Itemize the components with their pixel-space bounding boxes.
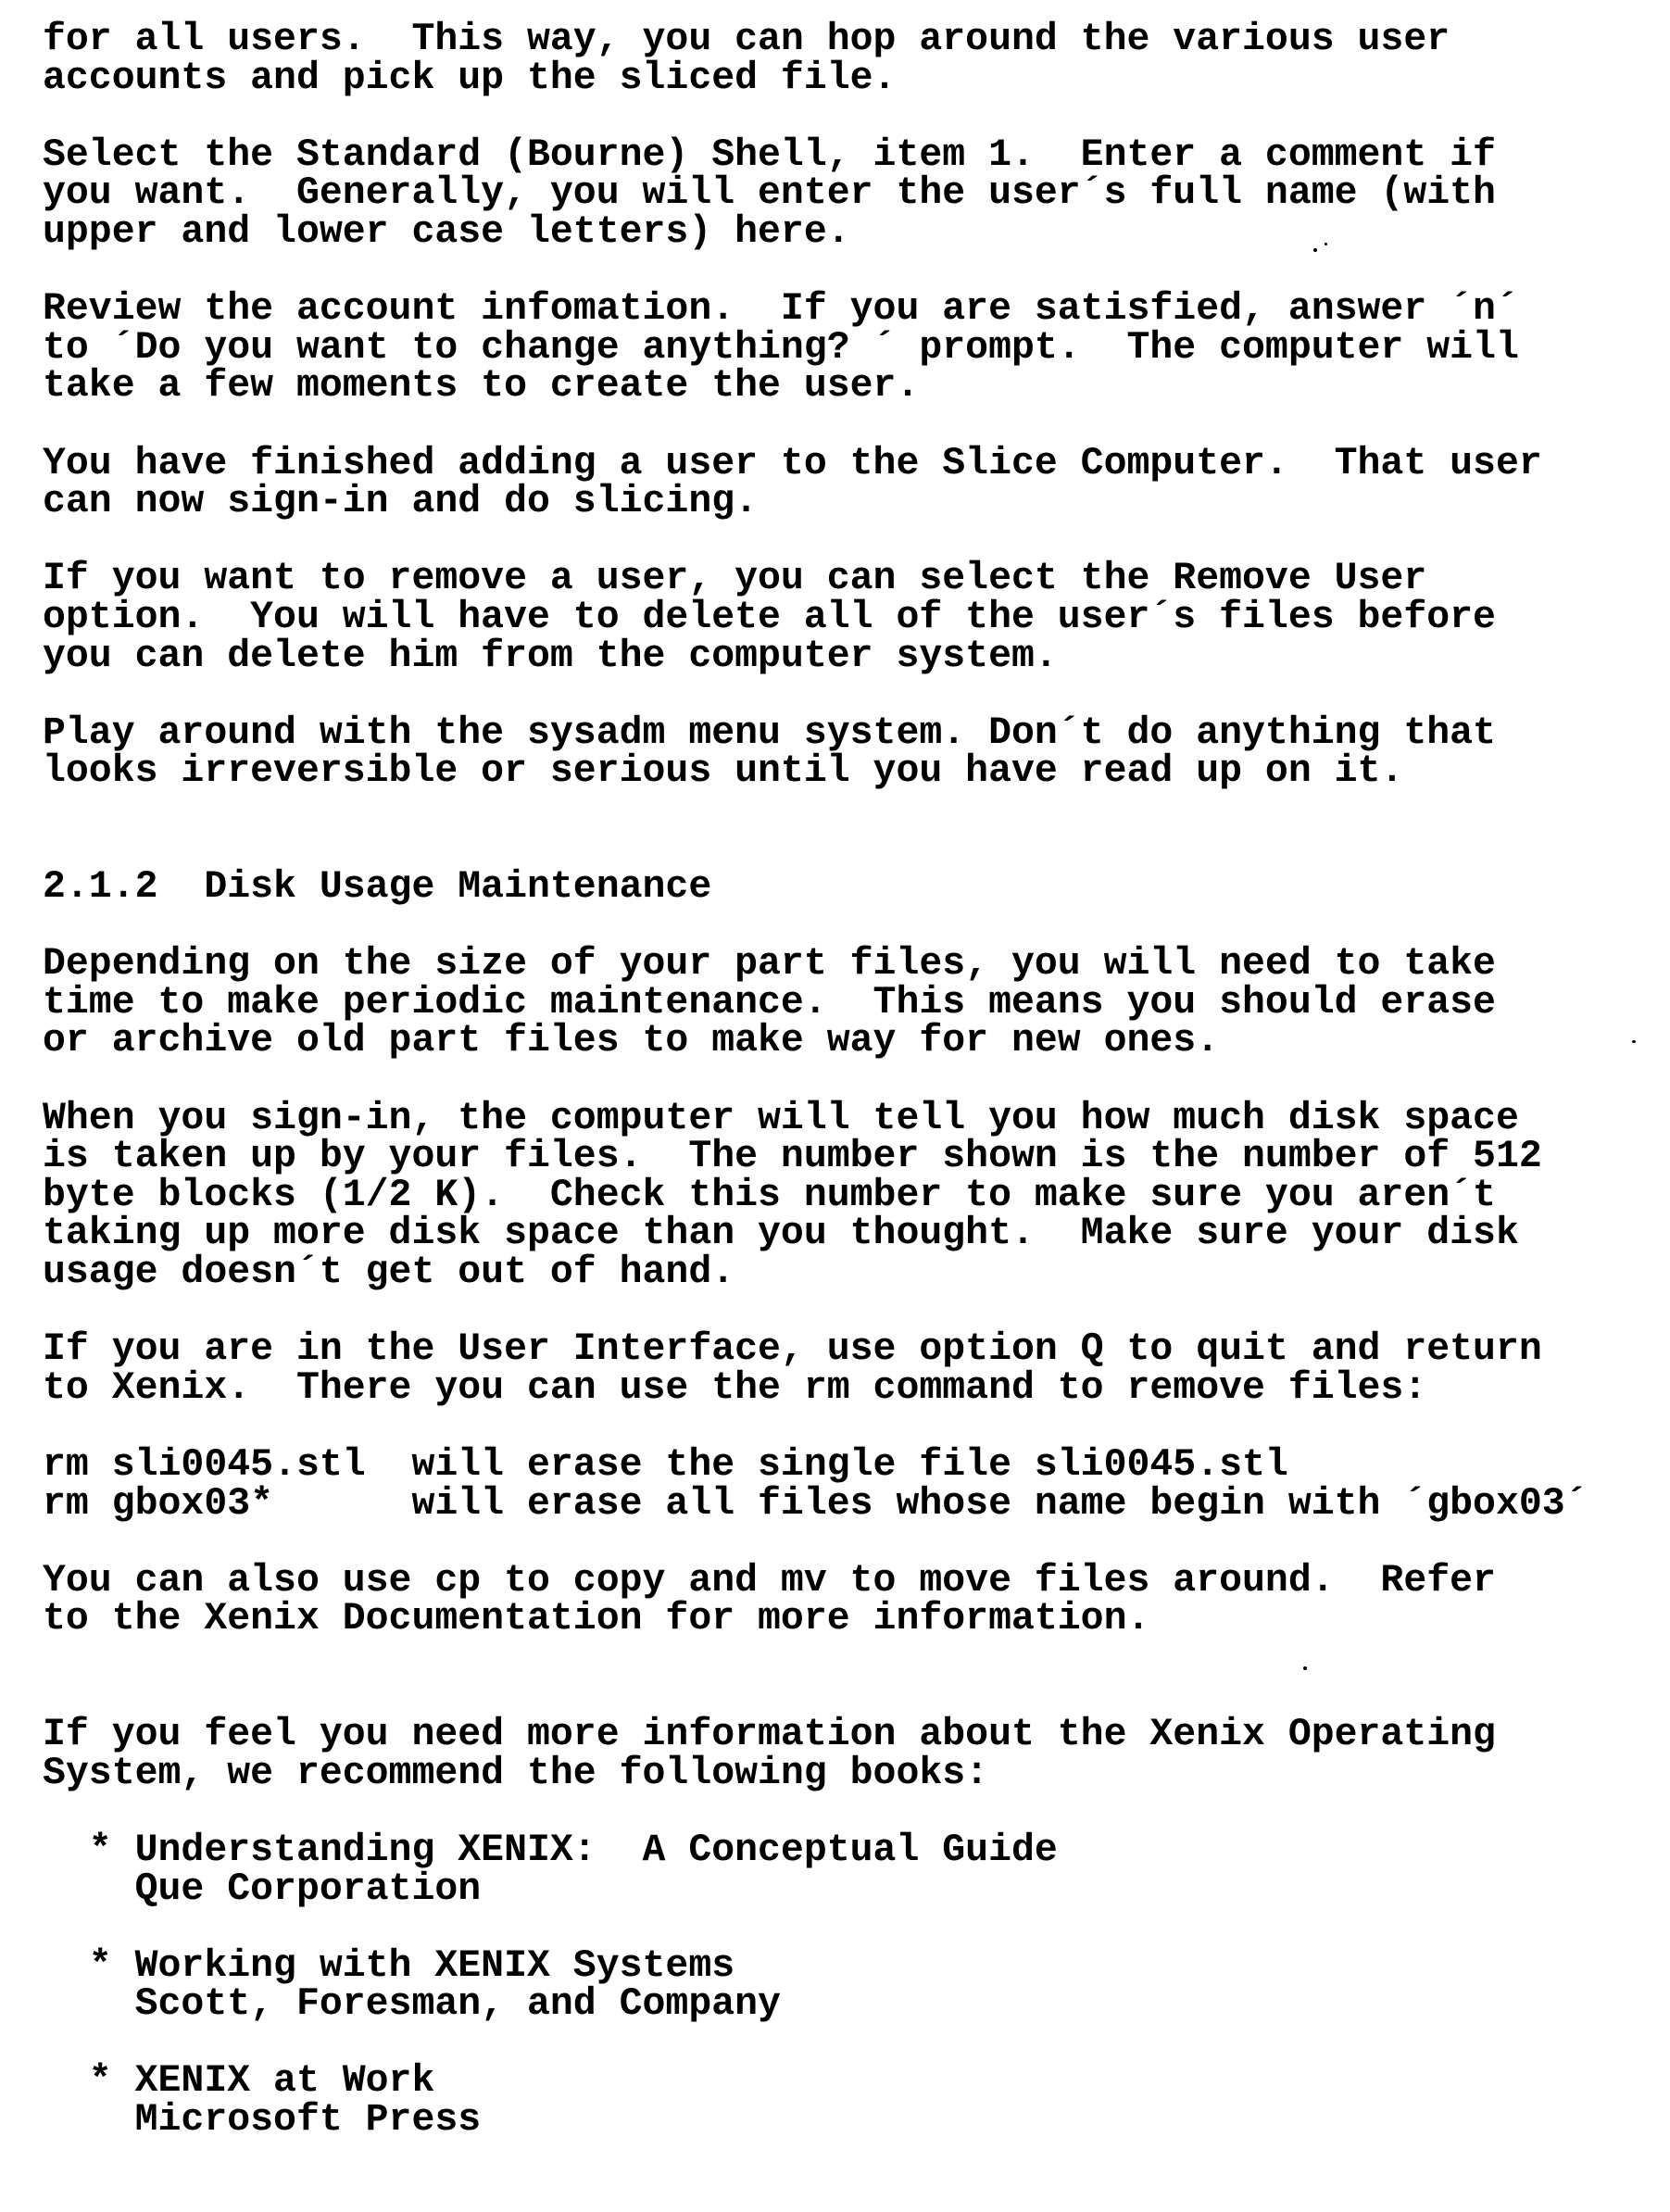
scan-artifact [1313,248,1317,252]
text-line: to the Xenix Documentation for more info… [43,1600,1588,1639]
paragraph: for all users. This way, you can hop aro… [43,20,1588,97]
text-line: System, we recommend the following books… [43,1754,1588,1793]
text-line: * Working with XENIX Systems [43,1947,1588,1986]
document-page: for all users. This way, you can hop aro… [43,20,1588,2140]
text-line: Depending on the size of your part files… [43,945,1588,984]
text-line: If you feel you need more information ab… [43,1716,1588,1754]
section-heading: 2.1.2 Disk Usage Maintenance [43,868,1588,907]
text-line: Microsoft Press [43,2101,1588,2140]
text-line: you want. Generally, you will enter the … [43,174,1588,213]
text-line: Que Corporation [43,1870,1588,1909]
scan-artifact [1303,1666,1307,1670]
blank-line [43,1678,1588,1716]
text-line: or archive old part files to make way fo… [43,1022,1588,1061]
blank-line [43,522,1588,560]
blank-line [43,907,1588,946]
text-line: is taken up by your files. The number sh… [43,1137,1588,1176]
blank-line [43,791,1588,830]
blank-line [43,252,1588,291]
scan-artifact [1632,1040,1636,1043]
text-line: byte blocks (1/2 K). Check this number t… [43,1176,1588,1215]
text-line: Select the Standard (Bourne) Shell, item… [43,136,1588,175]
text-line: rm sli0045.stl will erase the single fil… [43,1446,1588,1485]
paragraph: Play around with the sysadm menu system.… [43,714,1588,791]
blank-line [43,2024,1588,2063]
text-line: Review the account infomation. If you ar… [43,290,1588,329]
blank-line [43,829,1588,868]
blank-line [43,1908,1588,1947]
text-line: time to make periodic maintenance. This … [43,984,1588,1023]
blank-line [43,1292,1588,1331]
command-examples: rm sli0045.stl will erase the single fil… [43,1446,1588,1523]
text-line: usage doesn´t get out of hand. [43,1253,1588,1292]
text-line: * Understanding XENIX: A Conceptual Guid… [43,1831,1588,1870]
book-list-item: * XENIX at Work Microsoft Press [43,2062,1588,2139]
text-line: taking up more disk space than you thoug… [43,1214,1588,1253]
paragraph: If you are in the User Interface, use op… [43,1330,1588,1407]
paragraph: You have finished adding a user to the S… [43,445,1588,522]
text-line: to Xenix. There you can use the rm comma… [43,1369,1588,1408]
blank-line [43,1407,1588,1446]
book-list-item: * Working with XENIX Systems Scott, Fore… [43,1947,1588,2024]
paragraph: When you sign-in, the computer will tell… [43,1100,1588,1292]
scan-artifact [1325,243,1327,245]
paragraph: Review the account infomation. If you ar… [43,290,1588,406]
paragraph: If you feel you need more information ab… [43,1716,1588,1792]
blank-line [43,97,1588,136]
text-line: You have finished adding a user to the S… [43,445,1588,484]
text-line: Scott, Foresman, and Company [43,1985,1588,2024]
paragraph: Select the Standard (Bourne) Shell, item… [43,136,1588,252]
paragraph: You can also use cp to copy and mv to mo… [43,1562,1588,1639]
text-line: If you are in the User Interface, use op… [43,1330,1588,1369]
text-line: Play around with the sysadm menu system.… [43,714,1588,753]
text-line: rm gbox03* will erase all files whose na… [43,1485,1588,1524]
blank-line [43,675,1588,714]
text-line: upper and lower case letters) here. [43,213,1588,252]
blank-line [43,1523,1588,1562]
text-line: can now sign-in and do slicing. [43,483,1588,522]
text-line: take a few moments to create the user. [43,367,1588,406]
text-line: you can delete him from the computer sys… [43,637,1588,676]
blank-line [43,1792,1588,1831]
text-line: looks irreversible or serious until you … [43,752,1588,791]
blank-line [43,1639,1588,1678]
text-line: You can also use cp to copy and mv to mo… [43,1562,1588,1601]
text-line: accounts and pick up the sliced file. [43,59,1588,98]
paragraph: If you want to remove a user, you can se… [43,559,1588,675]
text-line: option. You will have to delete all of t… [43,598,1588,637]
book-list-item: * Understanding XENIX: A Conceptual Guid… [43,1831,1588,1908]
blank-line [43,1061,1588,1100]
text-line: for all users. This way, you can hop aro… [43,20,1588,59]
text-line: to ´Do you want to change anything? ´ pr… [43,329,1588,368]
text-line: When you sign-in, the computer will tell… [43,1100,1588,1138]
text-line: * XENIX at Work [43,2062,1588,2101]
text-line: If you want to remove a user, you can se… [43,559,1588,598]
paragraph: Depending on the size of your part files… [43,945,1588,1061]
text-line: 2.1.2 Disk Usage Maintenance [43,868,1588,907]
blank-line [43,406,1588,445]
